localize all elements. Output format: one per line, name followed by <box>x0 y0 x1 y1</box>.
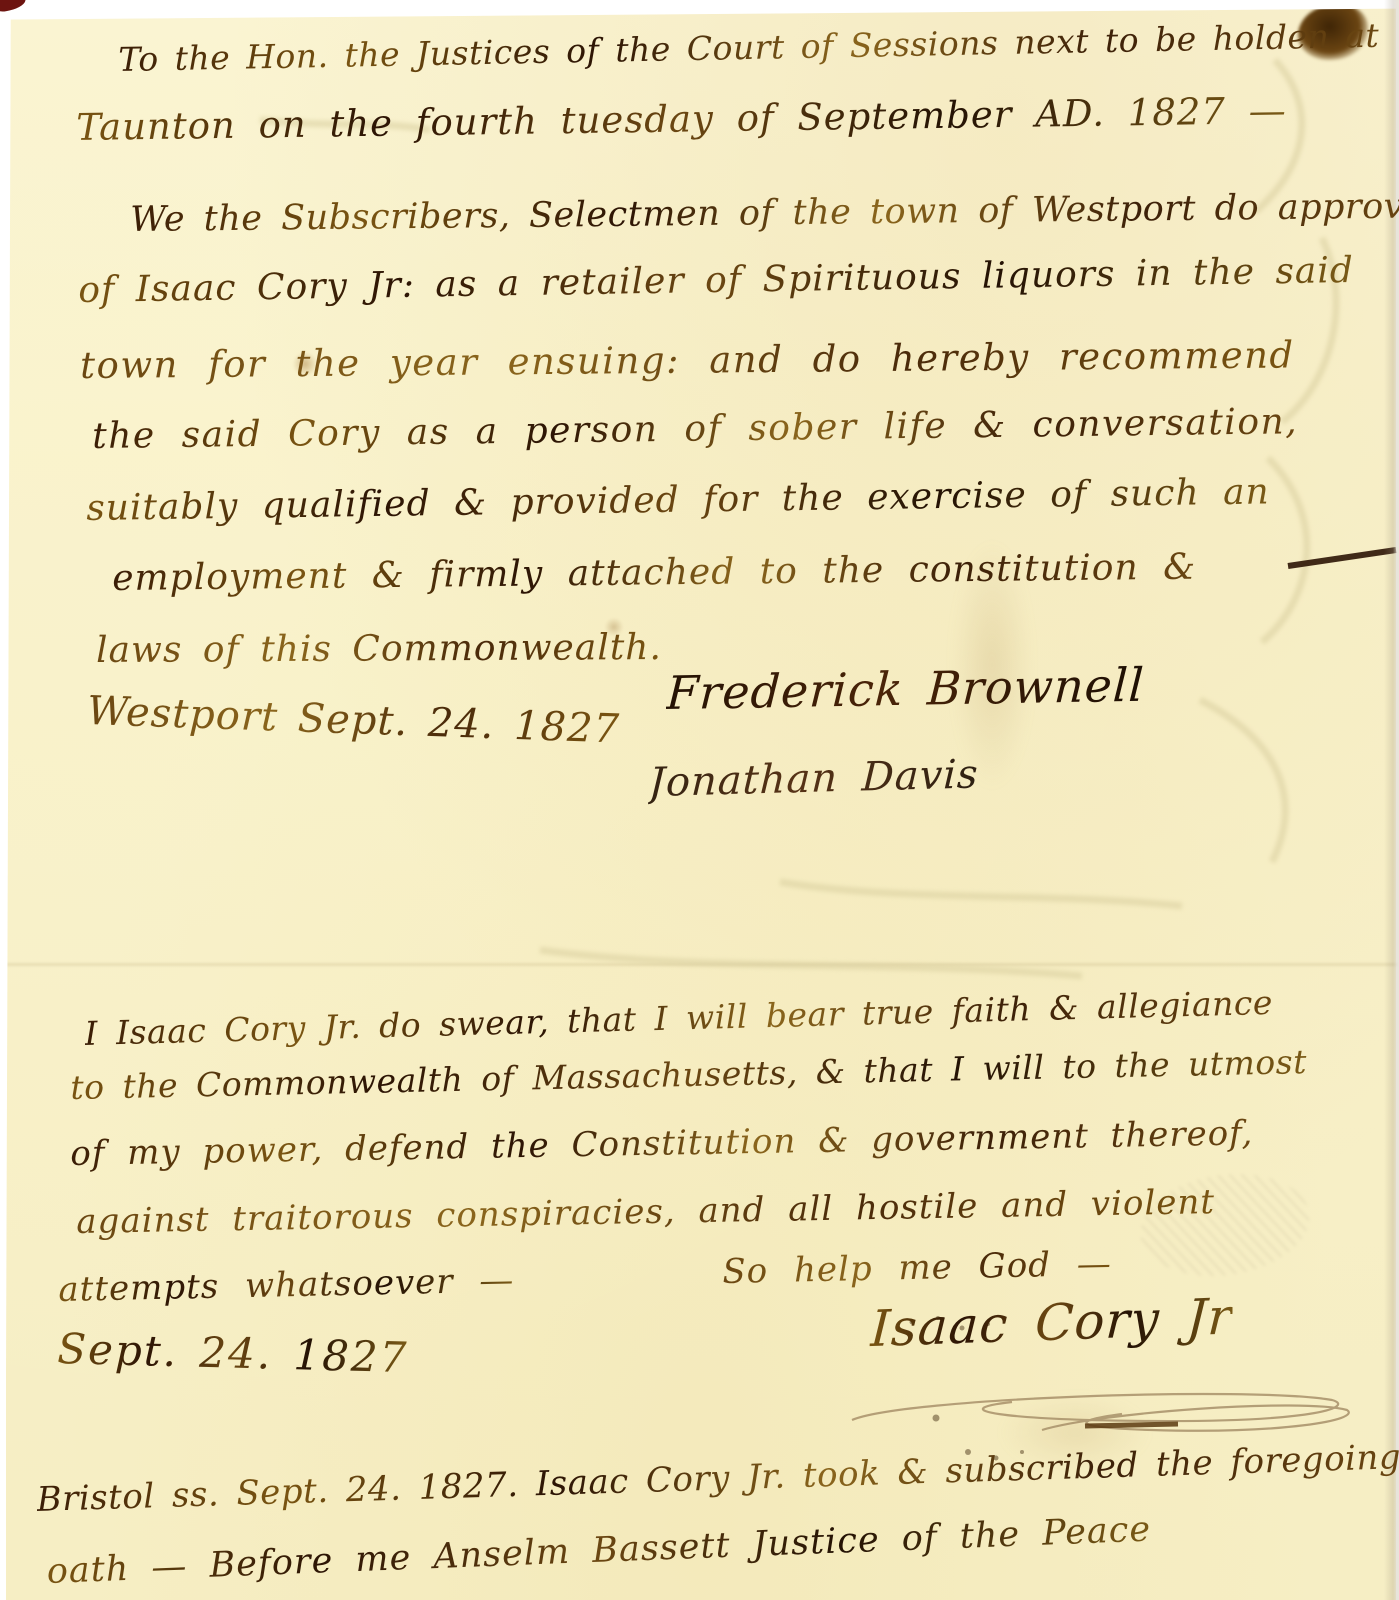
signature-jonathan-davis: Jonathan Davis <box>648 751 980 806</box>
approval-line-7: laws of this Commonwealth. <box>96 627 662 671</box>
signature-frederick-brownell: Frederick Brownell <box>665 658 1146 720</box>
oath-closing-so-help-me-god: So help me God — <box>722 1244 1112 1292</box>
oath-dateline: Sept. 24. 1827 <box>57 1324 409 1382</box>
manuscript-scan: To the Hon. the Justices of the Court of… <box>0 0 1399 1600</box>
